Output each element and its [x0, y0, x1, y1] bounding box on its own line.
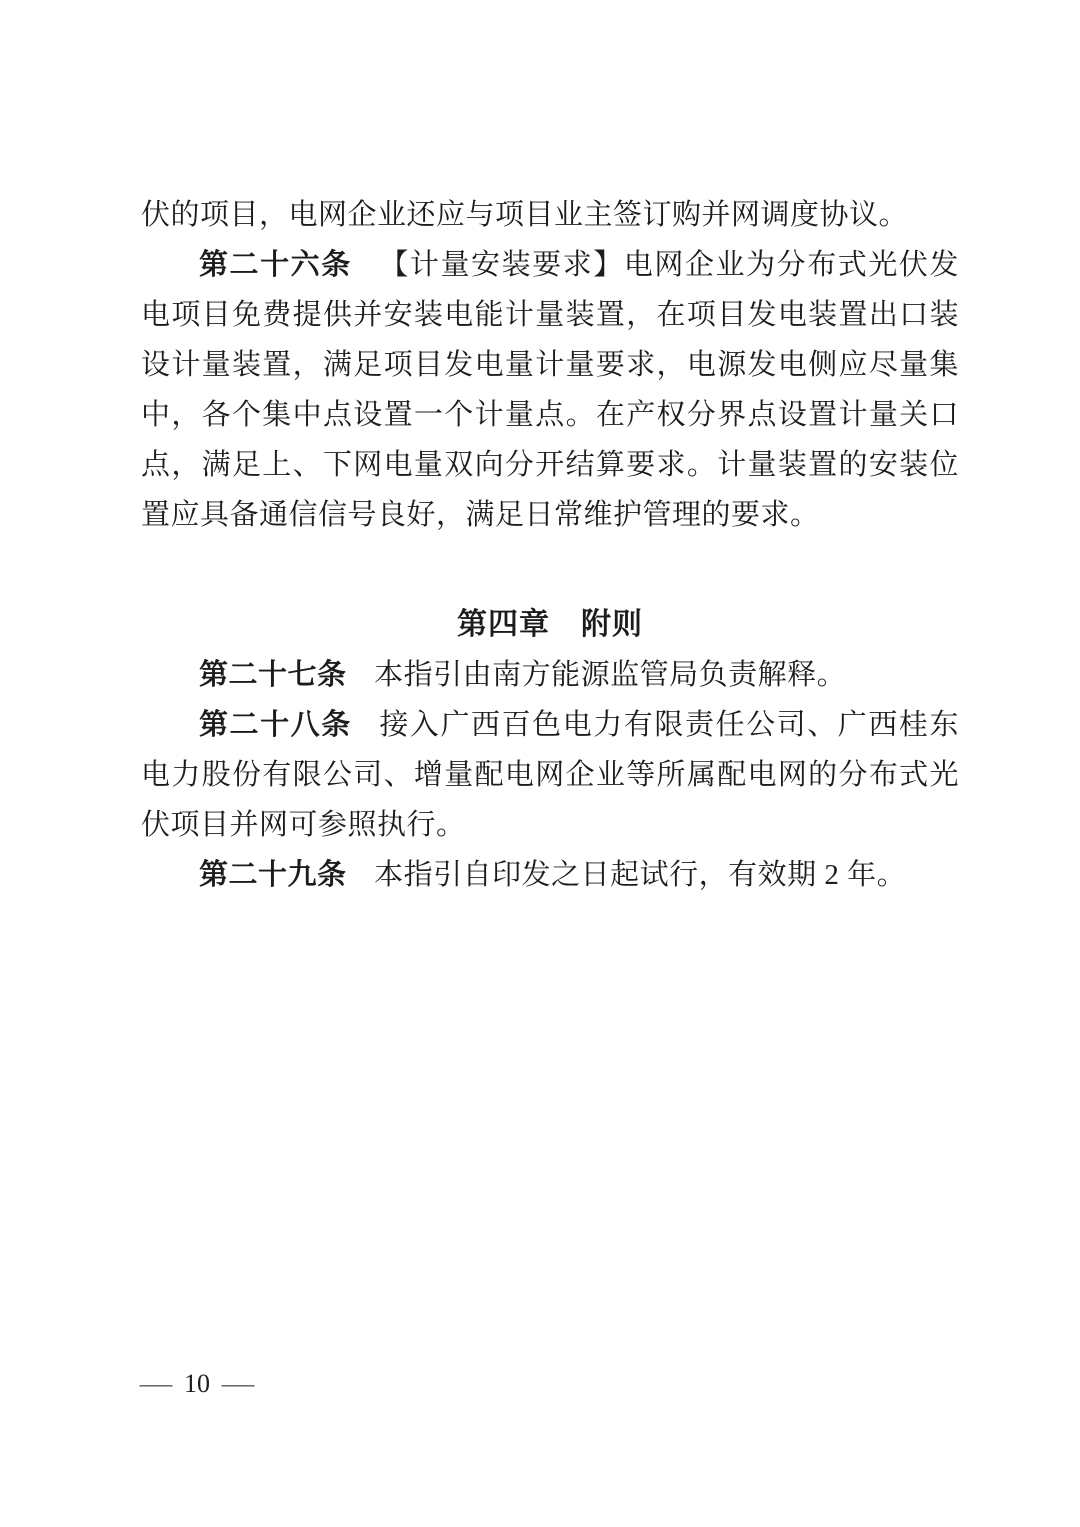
paragraph-continuation-text: 伏的项目，电网企业还应与项目业主签订购并网调度协议。 [141, 199, 908, 231]
paragraph-continuation: 伏的项目，电网企业还应与项目业主签订购并网调度协议。 [141, 190, 959, 240]
document-page: 伏的项目，电网企业还应与项目业主签订购并网调度协议。 第二十六条【计量安装要求】… [0, 0, 1080, 1527]
chapter-4-heading: 第四章 附则 [141, 600, 959, 650]
page-number: 10 [184, 1368, 210, 1400]
article-27-text: 本指引由南方能源监管局负责解释。 [374, 659, 846, 691]
page-footer: — 10 — [143, 1368, 251, 1400]
article-26-paragraph: 第二十六条【计量安装要求】电网企业为分布式光伏发电项目免费提供并安装电能计量装置… [141, 240, 959, 540]
footer-left-dash: — [140, 1368, 173, 1400]
article-29-paragraph: 第二十九条本指引自印发之日起试行，有效期 2 年。 [141, 850, 959, 900]
footer-right-dash: — [222, 1368, 255, 1400]
document-body: 伏的项目，电网企业还应与项目业主签订购并网调度协议。 第二十六条【计量安装要求】… [141, 190, 959, 900]
article-26-label: 第二十六条 [199, 249, 352, 281]
article-28-label: 第二十八条 [199, 709, 352, 741]
article-28-paragraph: 第二十八条接入广西百色电力有限责任公司、广西桂东电力股份有限公司、增量配电网企业… [141, 700, 959, 850]
article-29-text: 本指引自印发之日起试行，有效期 2 年。 [374, 859, 906, 891]
article-26-text: 【计量安装要求】电网企业为分布式光伏发电项目免费提供并安装电能计量装置，在项目发… [141, 249, 959, 531]
article-29-label: 第二十九条 [199, 859, 347, 891]
article-27-label: 第二十七条 [199, 659, 347, 691]
article-27-paragraph: 第二十七条本指引由南方能源监管局负责解释。 [141, 650, 959, 700]
